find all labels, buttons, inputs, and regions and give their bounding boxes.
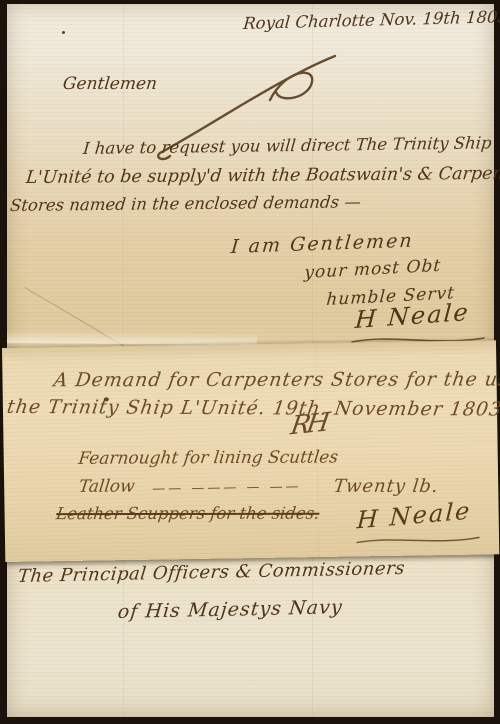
demand-paper: A Demand for Carpenters Stores for the u…: [2, 340, 499, 562]
demand-signature: H Neale: [356, 497, 472, 535]
demand-monogram: RH: [289, 408, 328, 441]
demand-item-name-2: Tallow: [78, 476, 136, 496]
demand-item-name-3-struck: Leather Scuppers for the sides.: [55, 504, 320, 523]
demand-item-dashes: —— ——— — ——: [152, 479, 302, 496]
manuscript-photo: Royal Charlotte Nov. 19th 1803 Gentlemen…: [0, 0, 500, 724]
salutation-text: Gentlemen: [62, 74, 158, 94]
demand-item-quantity: Twenty lb.: [332, 476, 440, 497]
body-line-2: L'Unité to be supply'd with the Boatswai…: [25, 164, 500, 188]
torn-edge-highlight: [7, 331, 257, 346]
body-line-3: Stores named in the enclosed demands —: [9, 192, 362, 215]
demand-item-name-1: Fearnought for lining Scuttles: [77, 447, 339, 468]
ink-speck: [62, 31, 65, 34]
demand-heading-line-2: the Trinity Ship L'Unité. 19th. November…: [6, 396, 500, 421]
signature-flourish-icon: [353, 532, 483, 548]
demand-heading-line-1: A Demand for Carpenters Stores for the u…: [52, 368, 500, 391]
